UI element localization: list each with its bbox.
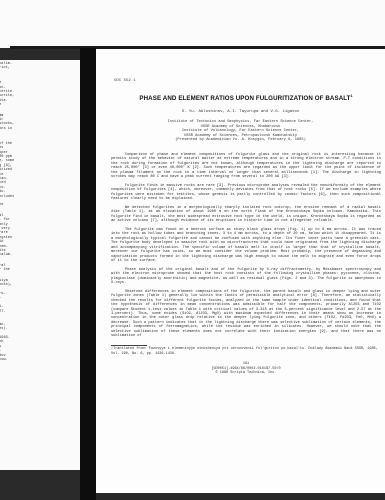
affiliations: Institute of Tectonics and Geophysics, F… [96, 120, 385, 143]
paragraph-abstract: Comparison of phase and element composit… [111, 153, 381, 180]
left-text-block-3: rystallized from magma (Sn, W and Nb). T… [0, 114, 80, 136]
page-shadow-bottom [96, 493, 385, 500]
translation-footnote: ¹Translated from: Fazovyye i elementnyye… [111, 347, 381, 356]
left-page: within the field of palim- n of the Khan… [0, 60, 80, 470]
article-page: UDC 552.1 PHASE AND ELEMENT RATIOS UPON … [96, 49, 385, 493]
udc-code: UDC 552.1 [114, 79, 136, 83]
title-footnote-mark: 1 [351, 94, 353, 98]
footnote-rule [111, 345, 147, 346]
paragraph: We detected fulgurites in a morphologica… [111, 206, 381, 224]
paragraph: Fulgurite finds in massive rocks are rar… [111, 184, 381, 202]
left-text-block-1: within the field of palim- n of the Khan… [0, 62, 80, 75]
previous-page-edge [0, 0, 385, 48]
left-text-block-2: ed especially granite d, in some places,… [0, 81, 80, 107]
left-text-block-4: rare-metal granites of the and foreign c… [0, 142, 80, 208]
imprint: 161 [GO0051]-4964/86/0002-0161$7.50/0 © … [111, 362, 381, 375]
paragraph: The fulgurite was found on a bedrock sur… [111, 228, 381, 264]
left-text-block-5: Ekhote Alin rare-metal n their apical pa… [0, 214, 80, 258]
article-title: PHASE AND ELEMENT RATIOS UPON FULGURITIZ… [116, 94, 376, 102]
authors: S. Yu. Abloshinov, A.I. Tayurupa and V.G… [96, 110, 385, 114]
paragraph: Phase analysis of the original basalt an… [111, 268, 381, 286]
book-gutter [80, 48, 96, 500]
left-references: et al. Klassifikatsiya clature of Igneou… [0, 279, 80, 363]
copyright: © 1988 Scripta Technica, Inc. [111, 371, 381, 375]
paragraph: Observed differences in element composit… [111, 290, 381, 339]
article-body: Comparison of phase and element composit… [111, 153, 381, 375]
left-text-block-6: features of the Central aluate and searc… [0, 264, 80, 273]
presented-by: (Presented by Academician Yu. A. Kosygin… [96, 138, 385, 143]
title-text: PHASE AND ELEMENT RATIOS UPON FULGURITIZ… [139, 95, 350, 102]
